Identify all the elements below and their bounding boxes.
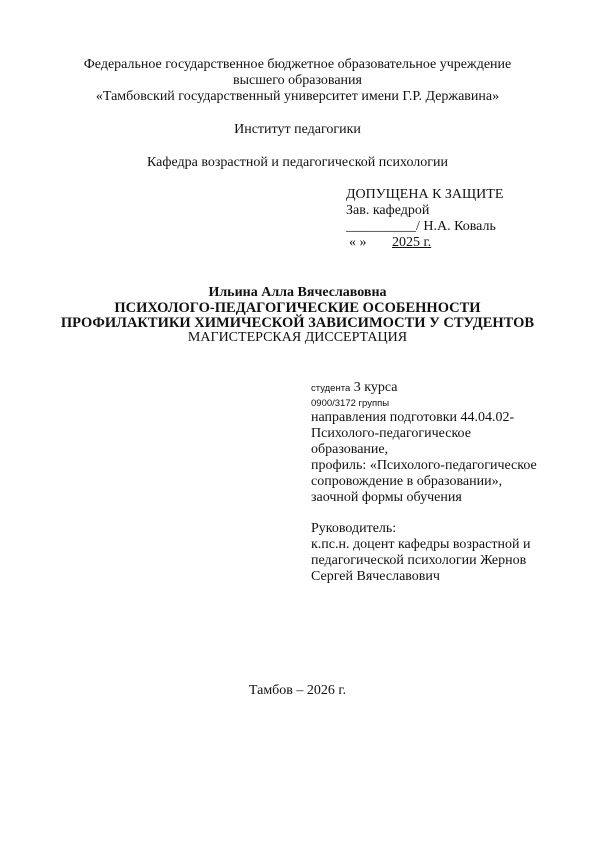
org-line-2: высшего образования [0, 73, 595, 89]
institute-name: Институт педагогики [0, 122, 595, 138]
department-name: Кафедра возрастной и педагогической псих… [0, 155, 595, 171]
student-info-line: направления подготовки 44.04.02- [311, 410, 551, 426]
student-label: студента [311, 383, 350, 394]
university-name: «Тамбовский государственный университет … [0, 89, 595, 105]
student-info: студента 3 курса 0900/3172 группы направ… [311, 380, 551, 506]
date-underline: 2025 г. [370, 235, 431, 250]
student-info-line: заочной формы обучения [311, 490, 551, 506]
student-info-line: профиль: «Психолого-педагогическое [311, 458, 551, 474]
date-year: 2025 г. [392, 235, 431, 250]
student-info-line: сопровождение в образовании», [311, 474, 551, 490]
supervisor-line: Сергей Вячеславович [311, 569, 551, 585]
signature-blank: __________ [346, 219, 416, 234]
course: 3 курса [354, 380, 398, 395]
city-year: Тамбов – 2026 г. [0, 683, 595, 699]
signature-name: / Н.А. Коваль [416, 219, 496, 234]
thesis-title-line-1: ПСИХОЛОГО-ПЕДАГОГИЧЕСКИЕ ОСОБЕННОСТИ [0, 300, 595, 316]
work-type: МАГИСТЕРСКАЯ ДИССЕРТАЦИЯ [0, 330, 595, 346]
supervisor-line: к.пс.н. доцент кафедры возрастной и [311, 537, 551, 553]
org-line-1: Федеральное государственное бюджетное об… [0, 57, 595, 73]
approval-position: Зав. кафедрой [346, 203, 503, 219]
approval-title: ДОПУЩЕНА К ЗАЩИТЕ [346, 187, 503, 203]
student-course: студента 3 курса [311, 380, 551, 397]
student-info-line: образование, [311, 442, 551, 458]
student-group: 0900/3172 группы [311, 397, 551, 410]
approval-signature-line: __________/ Н.А. Коваль [346, 219, 503, 235]
supervisor-line: педагогической психологии Жернов [311, 553, 551, 569]
date-quotes: « » [349, 235, 367, 250]
thesis-title-line-2: ПРОФИЛАКТИКИ ХИМИЧЕСКОЙ ЗАВИСИМОСТИ У СТ… [0, 315, 595, 331]
supervisor-label: Руководитель: [311, 521, 551, 537]
supervisor-block: Руководитель: к.пс.н. доцент кафедры воз… [311, 521, 551, 585]
author-name: Ильина Алла Вячеславовна [0, 285, 595, 301]
student-info-line: Психолого-педагогическое [311, 426, 551, 442]
approval-block: ДОПУЩЕНА К ЗАЩИТЕ Зав. кафедрой ________… [346, 187, 503, 251]
approval-date-line: « » 2025 г. [346, 235, 503, 251]
